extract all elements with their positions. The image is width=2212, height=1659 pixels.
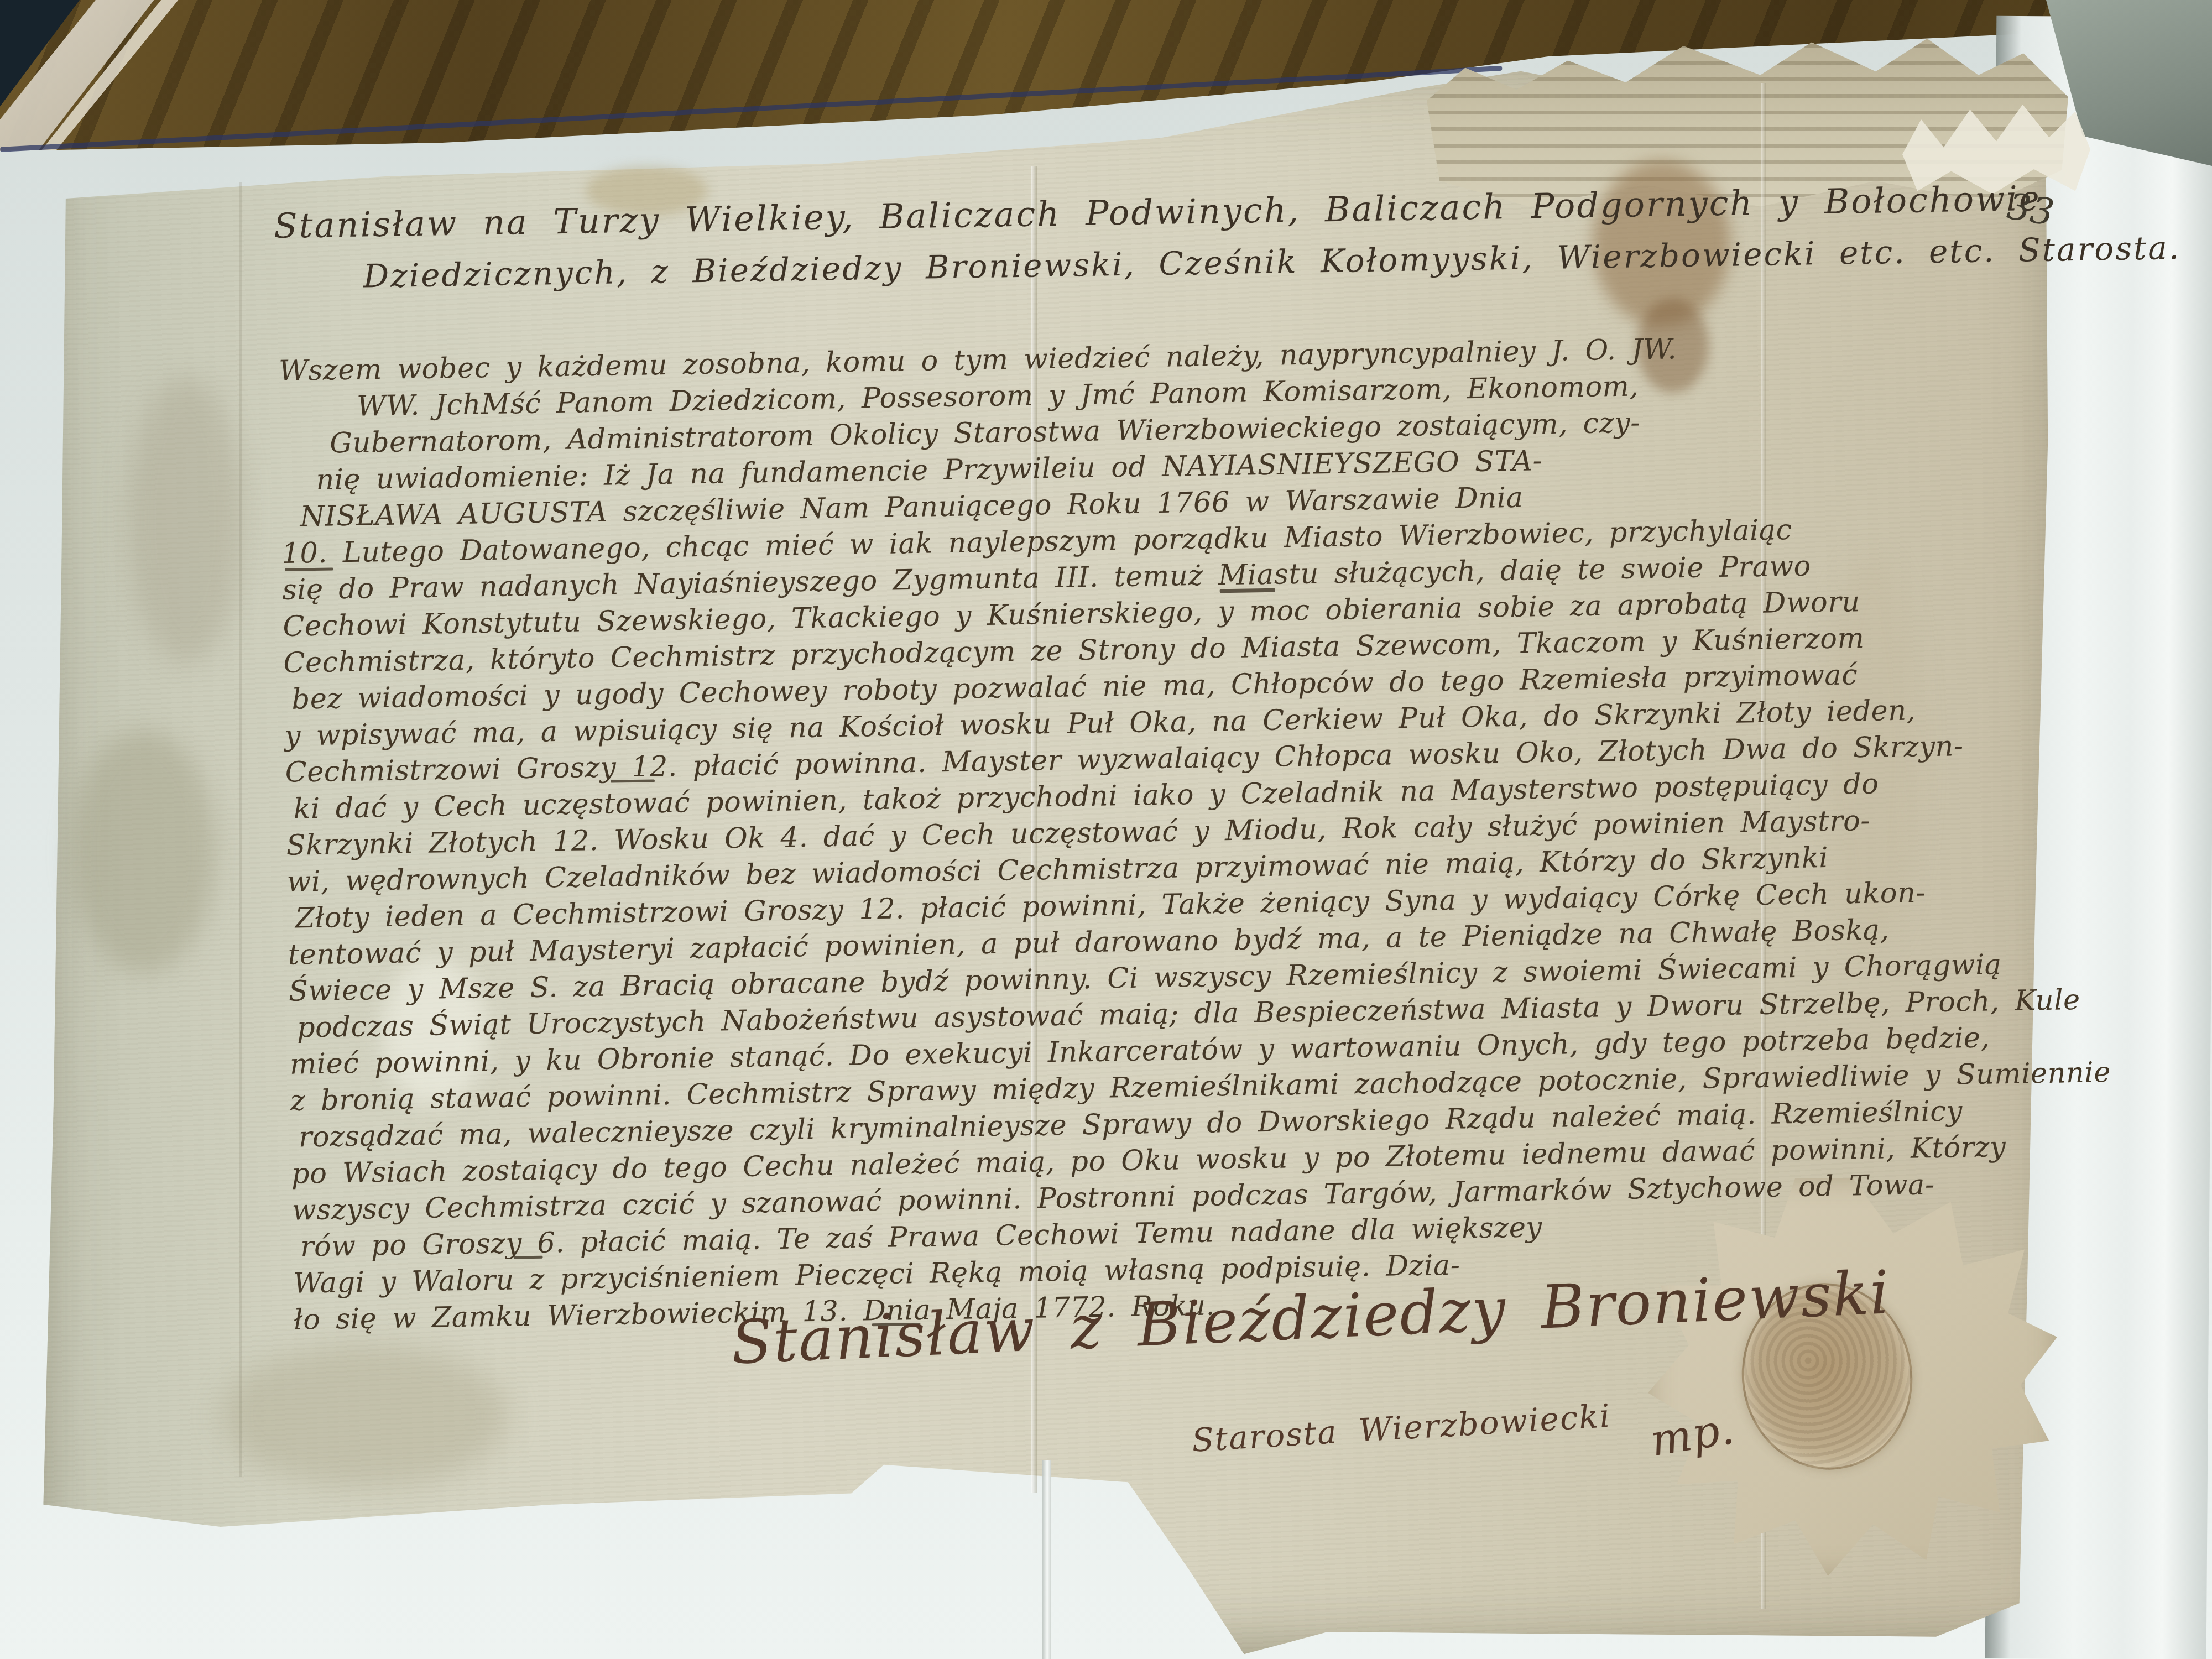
signature-paraph: mp. <box>1647 1404 1738 1466</box>
underline-mark <box>514 1256 542 1259</box>
manuscript-text: Stanisław na Turzy Wielkiey, Baliczach P… <box>0 0 2212 1659</box>
photograph-of-manuscript: Stanisław na Turzy Wielkiey, Baliczach P… <box>0 0 2212 1659</box>
page-number: 33 <box>2004 185 2057 234</box>
signature-title: Starosta Wierzbowiecki <box>1191 1397 1612 1459</box>
body-text: Wszem wobec y każdemu zosobna, komu o ty… <box>279 327 2086 1340</box>
